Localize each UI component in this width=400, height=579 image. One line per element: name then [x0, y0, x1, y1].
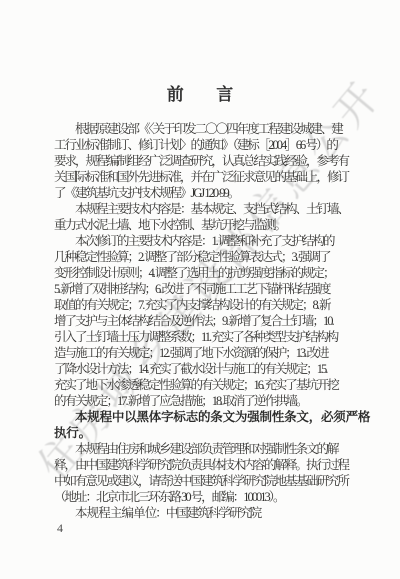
text-line: 重力式水泥土墙、地下水控制、基坑开挖与监测。 — [54, 217, 349, 233]
text-line: 本规程由住房和城乡建设部负责管理和对强制性条文的解 — [54, 441, 349, 457]
text-line: 造与施工的有关规定；12. 强调了地下水资源的保护；13. 改进 — [54, 345, 349, 361]
text-line: 根据原建设部《〈关于印发二〇〇四年度工程建设城建、建 — [54, 121, 349, 137]
text-line: 取值的有关规定；7. 充实了内支撑结构设计的有关规定；8. 新 — [54, 297, 349, 313]
text-line: 本次修订的主要技术内容是：1. 调整和补充了支护结构的 — [54, 233, 349, 249]
page-title: 前 言 — [54, 80, 347, 105]
text-line: 5. 新增了双排桩结构；6. 改进了不同施工工艺下锚杆粘结强度 — [54, 281, 349, 297]
text-line: 引入了土钉墙土压力调整系数；11. 充实了各种类型支护结构构 — [54, 329, 349, 345]
text-line: （地址：北京市北三环东路 30 号，邮编：100013）。 — [54, 489, 349, 505]
text-line: 本规程中以黑体字标志的条文为强制性条文，必须严格 — [54, 409, 349, 425]
text-line: 变形控制设计原则；4. 调整了选用土的抗剪强度指标的规定； — [54, 265, 349, 281]
text-line: 充实了地下水渗透稳定性验算的有关规定；16. 充实了基坑开挖 — [54, 377, 349, 393]
page-number: 4 — [57, 521, 63, 536]
text-line: 几种稳定性验算；2. 调整了部分稳定性验算表达式；3. 强调了 — [54, 249, 349, 265]
text-line: 工行业标准制订、修订计划〉的通知》（建标［2004］66 号）的 — [54, 137, 349, 153]
text-line: 的有关规定；17. 新增了应急措施；18. 取消了逆作拱墙。 — [54, 393, 349, 409]
text-line: 释，由中国建筑科学研究院负责具体技术内容的解释。执行过程 — [54, 457, 349, 473]
text-line: 增了支护与主体结构结合及逆作法；9. 新增了复合土钉墙；10. — [54, 313, 349, 329]
text-line: 本 规 程 主 编 单 位：中国建筑科学研究院 — [54, 505, 349, 521]
body-text: 根据原建设部《〈关于印发二〇〇四年度工程建设城建、建工行业标准制订、修订计划〉的… — [54, 121, 349, 521]
text-line: 要求，规程编制组经广泛调查研究，认真总结实践经验，参考有 — [54, 153, 349, 169]
text-line: 关国际标准和国外先进标准，并在广泛征求意见的基础上，修订 — [54, 169, 349, 185]
document-page: 住房城乡建设部信息公开 前 言 根据原建设部《〈关于印发二〇〇四年度工程建设城建… — [0, 0, 400, 579]
text-line: 中如有意见或建议，请寄送中国建筑科学研究院地基基础研究所 — [54, 473, 349, 489]
text-line: 了《建筑基坑支护技术规程》JGJ 120-99。 — [54, 185, 349, 201]
text-line: 执行。 — [54, 425, 349, 441]
text-line: 了降水设计方法；14. 充实了截水设计与施工的有关规定；15. — [54, 361, 349, 377]
text-line: 本规程主要技术内容是：基本规定、支挡式结构、土钉墙、 — [54, 201, 349, 217]
